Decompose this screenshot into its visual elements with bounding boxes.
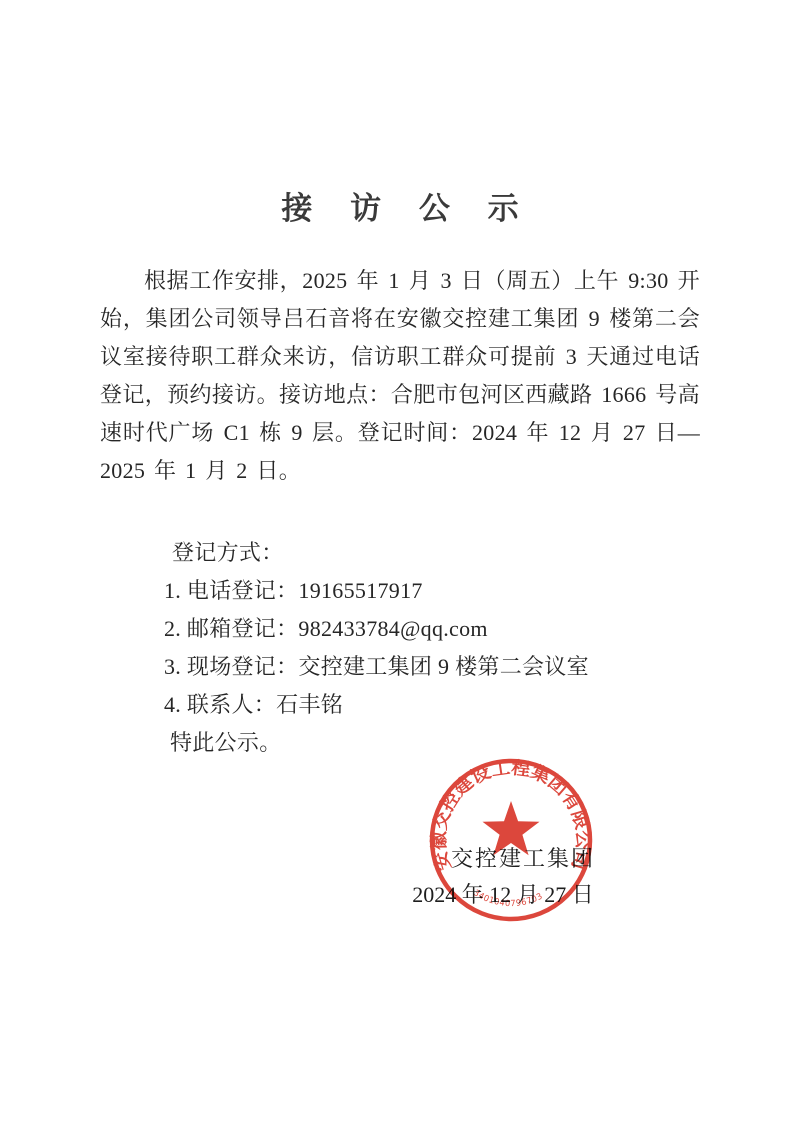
- list-item-email: 2. 邮箱登记：982433784@qq.com: [100, 610, 700, 648]
- body-paragraph: 根据工作安排，2025 年 1 月 3 日（周五）上午 9:30 开始，集团公司…: [100, 262, 700, 490]
- seal-serial-number: 3401040796703: [471, 888, 544, 909]
- notice-document: 接 访 公 示 根据工作安排，2025 年 1 月 3 日（周五）上午 9:30…: [0, 0, 800, 1131]
- list-item-phone: 1. 电话登记：19165517917: [100, 572, 700, 610]
- registration-section: 登记方式： 1. 电话登记：19165517917 2. 邮箱登记：982433…: [100, 534, 700, 762]
- seal-star-icon: [483, 801, 540, 855]
- page-title: 接 访 公 示: [0, 183, 800, 228]
- closing-statement: 特此公示。: [100, 724, 700, 762]
- list-item-contact: 4. 联系人：石丰铭: [100, 686, 700, 724]
- registration-heading: 登记方式：: [100, 534, 700, 572]
- list-item-onsite: 3. 现场登记：交控建工集团 9 楼第二会议室: [100, 648, 700, 686]
- company-seal: 安徽交控建设工程集团有限公司 3401040796703: [426, 755, 596, 925]
